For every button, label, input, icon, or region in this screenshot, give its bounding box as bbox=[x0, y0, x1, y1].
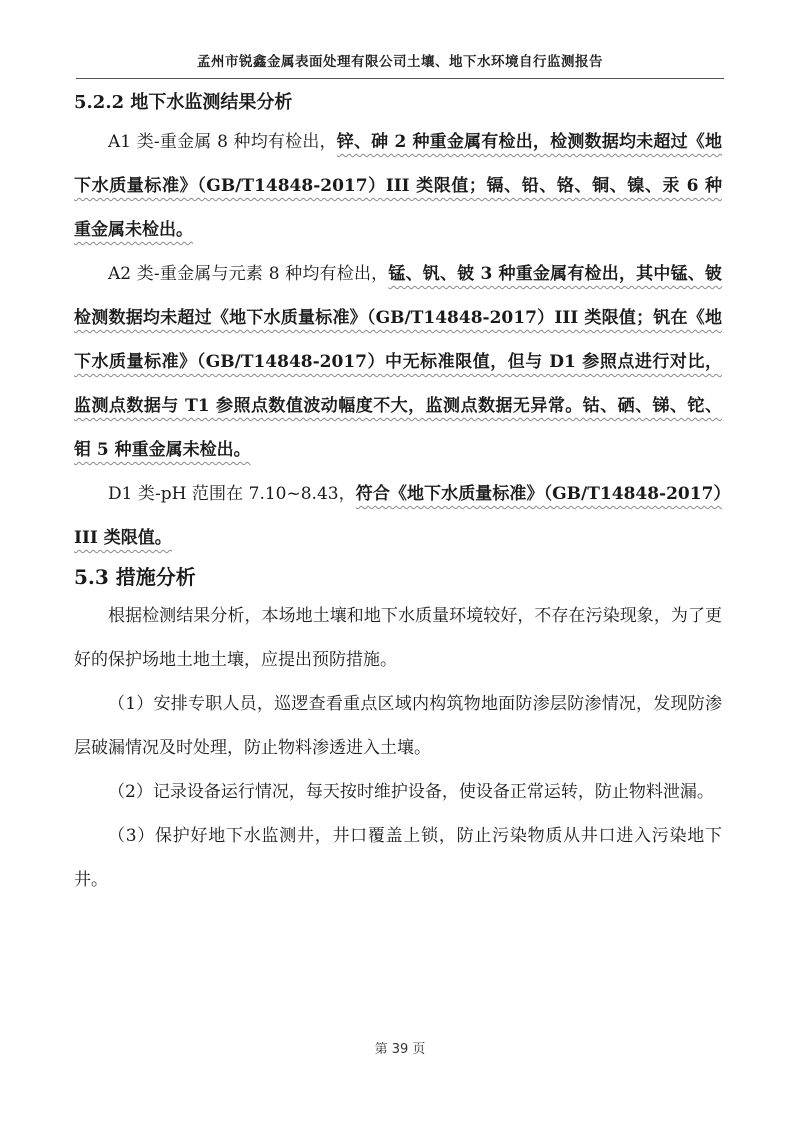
page-number: 第 39 页 bbox=[0, 1038, 800, 1057]
page-body: 5.2.2 地下水监测结果分析 A1 类-重金属 8 种均有检出，锌、砷 2 种… bbox=[74, 86, 722, 902]
a2-lead-text: A2 类-重金属与元素 8 种均有检出， bbox=[108, 264, 388, 284]
d1-lead-text: D1 类-pH 范围在 7.10~8.43， bbox=[108, 484, 356, 504]
section-heading-5-2-2: 5.2.2 地下水监测结果分析 bbox=[74, 86, 722, 120]
paragraph-d1: D1 类-pH 范围在 7.10~8.43，符合《地下水质量标准》（GB/T14… bbox=[74, 472, 722, 560]
section-heading-5-3: 5.3 措施分析 bbox=[74, 560, 722, 594]
a2-highlight-text: 锰、钒、铍 3 种重金属有检出，其中锰、铍检测数据均未超过《地下水质量标准》（G… bbox=[74, 264, 722, 460]
paragraph-intro: 根据检测结果分析，本场地土壤和地下水质量环境较好，不存在污染现象，为了更好的保护… bbox=[74, 594, 722, 682]
paragraph-a2: A2 类-重金属与元素 8 种均有检出，锰、钒、铍 3 种重金属有检出，其中锰、… bbox=[74, 252, 722, 472]
running-header-title: 孟州市锐鑫金属表面处理有限公司土壤、地下水环境自行监测报告 bbox=[76, 50, 724, 70]
header-divider bbox=[76, 78, 724, 79]
measure-item-2: （2）记录设备运行情况，每天按时维护设备，使设备正常运转，防止物料泄漏。 bbox=[74, 770, 722, 814]
paragraph-a1: A1 类-重金属 8 种均有检出，锌、砷 2 种重金属有检出，检测数据均未超过《… bbox=[74, 120, 722, 252]
measure-item-3: （3）保护好地下水监测井，井口覆盖上锁，防止污染物质从井口进入污染地下井。 bbox=[74, 814, 722, 902]
measure-item-1: （1）安排专职人员，巡逻查看重点区域内构筑物地面防渗层防渗情况，发现防渗层破漏情… bbox=[74, 682, 722, 770]
a1-lead-text: A1 类-重金属 8 种均有检出， bbox=[108, 132, 337, 152]
